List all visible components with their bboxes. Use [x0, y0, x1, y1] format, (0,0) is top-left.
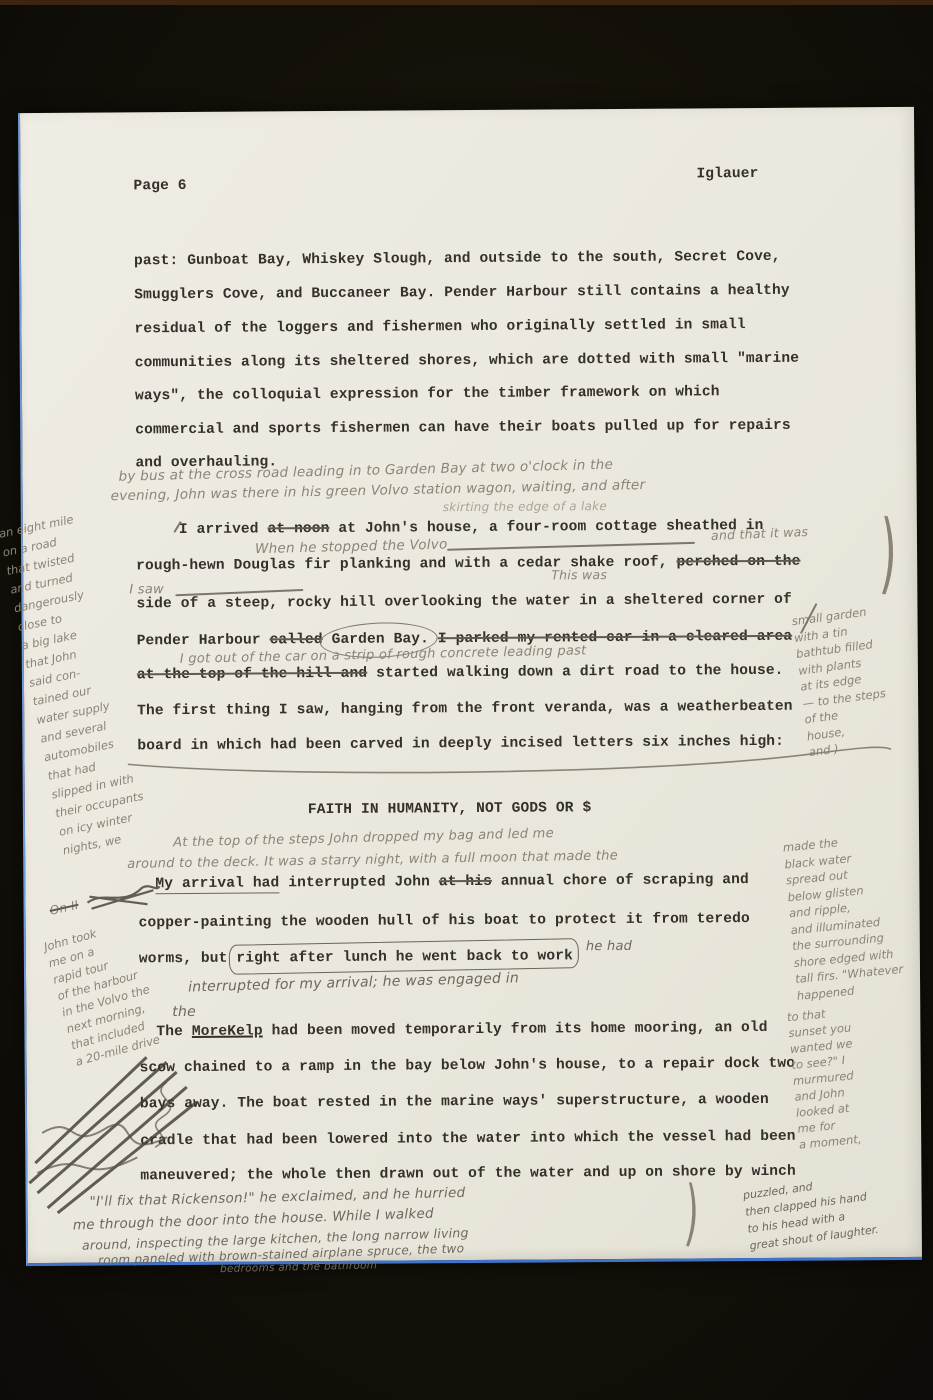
page-number: Page 6 — [133, 178, 186, 194]
pencil-scribble-mark — [83, 880, 163, 915]
photo-top-edge — [0, 0, 933, 5]
typed-line: cradle that had been lowered into the wa… — [140, 1129, 796, 1150]
typed-text-segment: had been moved temporarily from its home… — [263, 1020, 768, 1040]
typed-line: past: Gunboat Bay, Whiskey Slough, and o… — [134, 249, 781, 270]
right-margin-note: to thatsunset youwanted weto see?" Imurm… — [786, 998, 919, 1153]
typed-line: at the top of the hill and started walki… — [137, 663, 784, 684]
typed-line: The MoreKelp had been moved temporarily … — [156, 1020, 767, 1040]
handwritten-erased-line: skirting the edge of a lake — [443, 499, 607, 514]
struck-text: at noon — [267, 521, 329, 537]
typed-text-segment: at John's house, a four-room cottage she… — [329, 518, 763, 537]
typed-line: copper-painting the wooden hull of his b… — [139, 911, 750, 931]
struck-text: perched on the — [676, 554, 800, 571]
typed-line: ways", the colloquial expression for the… — [135, 384, 720, 404]
typed-line: bays away. The boat rested in the marine… — [140, 1092, 769, 1112]
author-name: Iglauer — [696, 166, 758, 182]
typed-line: residual of the loggers and fishermen wh… — [134, 317, 745, 337]
handwritten-insert: and that it was — [711, 524, 809, 543]
typed-text-segment: started walking down a dirt road to the … — [367, 663, 783, 682]
typed-text-segment: Pender Harbour — [137, 632, 270, 649]
typed-line: The first thing I saw, hanging from the … — [137, 699, 793, 720]
pencil-bracket-mark: ) — [878, 500, 898, 605]
right-margin-note: made theblack waterspread outbelow glist… — [782, 828, 923, 1004]
typed-line: side of a steep, rocky hill overlooking … — [136, 592, 792, 613]
struck-text: called — [269, 632, 322, 648]
handwritten-insert-line: around to the deck. It was a starry nigh… — [127, 848, 618, 872]
pencil-bracket-mark: ) — [683, 1169, 701, 1255]
struck-text: at the top of the hill and — [137, 666, 367, 684]
pencil-swoosh-mark — [124, 741, 896, 784]
typed-line: My arrival had interrupted John at his a… — [155, 872, 749, 892]
typed-text-segment: interrupted John — [279, 874, 439, 891]
handwritten-insert: I saw — [129, 582, 164, 597]
underlined-boat-name: MoreKelp — [192, 1023, 263, 1039]
handwritten-insert: he had — [586, 939, 632, 954]
typed-text-segment: annual chore of scraping and — [492, 872, 749, 890]
handwritten-insert: This was — [551, 567, 607, 582]
right-margin-note: small gardenwith a tinbathtub filledwith… — [791, 598, 925, 760]
pencil-scribble-mark — [26, 1042, 212, 1218]
typed-line: I arrived at noon at John's house, a fou… — [179, 518, 764, 538]
typed-text-segment: I arrived — [179, 521, 268, 538]
handwritten-insert-line: At the top of the steps John dropped my … — [173, 826, 554, 850]
handwritten-insert: When he stopped the Volvo — [255, 536, 448, 557]
pencil-line — [447, 542, 695, 551]
typed-line: communities along its sheltered shores, … — [135, 351, 799, 372]
typed-line: scow chained to a ramp in the bay below … — [140, 1056, 796, 1077]
pencil-box-mark — [229, 938, 580, 975]
struck-text: at his — [439, 874, 492, 890]
left-margin-note-heading: On II — [48, 898, 80, 918]
typewritten-sign-line: FAITH IN HUMANITY, NOT GODS OR $ — [308, 800, 592, 818]
pencil-underlined-text: My arrival had — [155, 875, 279, 894]
typed-line: commercial and sports fishermen can have… — [135, 418, 791, 439]
typed-line: rough-hewn Douglas fir planking and with… — [136, 554, 800, 575]
manuscript-page: Page 6 Iglauer past: Gunboat Bay, Whiske… — [18, 107, 922, 1266]
typed-line: Smugglers Cove, and Buccaneer Bay. Pende… — [134, 283, 790, 304]
